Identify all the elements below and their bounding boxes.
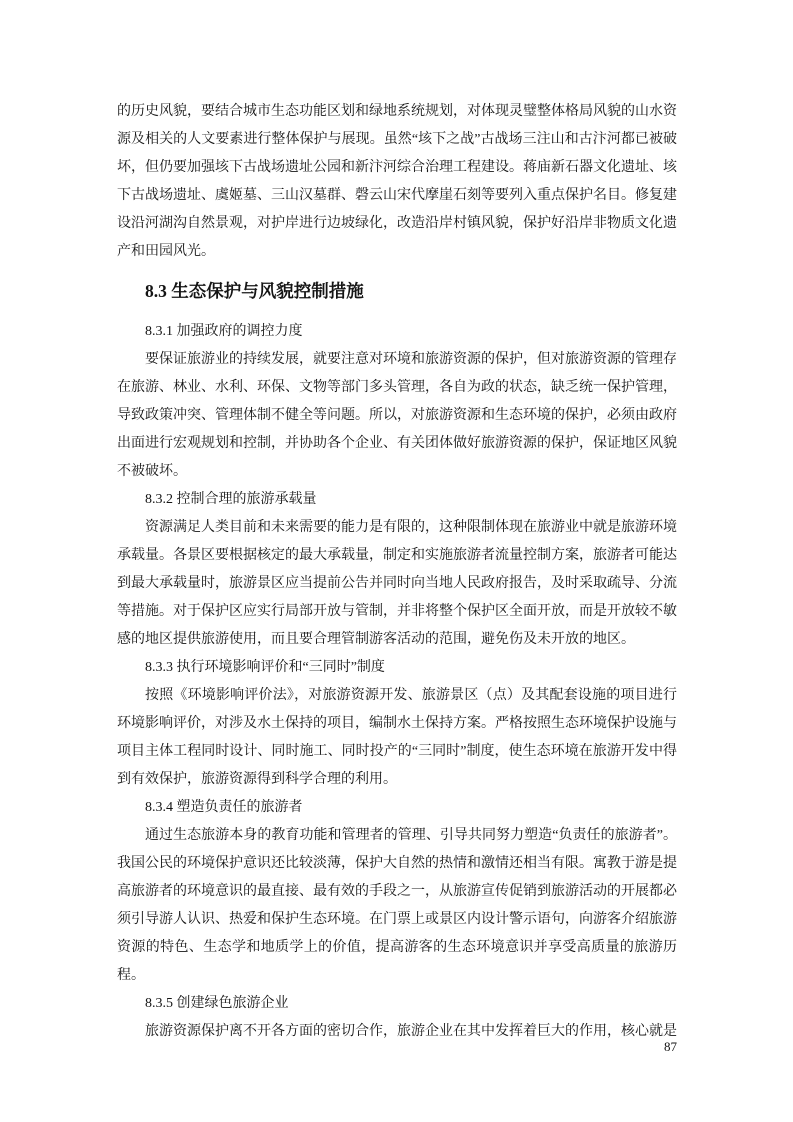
subsection-body-8-3-1: 要保证旅游业的持续发展，就要注意对环境和旅游资源的保护，但对旅游资源的管理存在旅… (117, 346, 677, 486)
continuation-paragraph: 的历史风貌，要结合城市生态功能区划和绿地系统规划，对体现灵璧整体格局风貌的山水资… (117, 98, 677, 266)
subsection-heading-8-3-2: 8.3.2 控制合理的旅游承载量 (117, 486, 677, 514)
section-heading-8-3: 8.3 生态保护与风貌控制措施 (117, 276, 677, 306)
page-number: 87 (664, 1039, 677, 1054)
subsection-heading-8-3-5: 8.3.5 创建绿色旅游企业 (117, 990, 677, 1018)
page-content: 的历史风貌，要结合城市生态功能区划和绿地系统规划，对体现灵璧整体格局风貌的山水资… (117, 98, 677, 1046)
subsection-heading-8-3-3: 8.3.3 执行环境影响评价和“三同时”制度 (117, 654, 677, 682)
subsection-body-8-3-4: 通过生态旅游本身的教育功能和管理者的管理、引导共同努力塑造“负责任的旅游者”。我… (117, 822, 677, 990)
document-page: 的历史风貌，要结合城市生态功能区划和绿地系统规划，对体现灵璧整体格局风貌的山水资… (0, 0, 793, 1122)
subsection-heading-8-3-1: 8.3.1 加强政府的调控力度 (117, 318, 677, 346)
subsection-heading-8-3-4: 8.3.4 塑造负责任的旅游者 (117, 794, 677, 822)
page-footer: 87 (117, 1038, 677, 1056)
subsection-body-8-3-3: 按照《环境影响评价法》，对旅游资源开发、旅游景区（点）及其配套设施的项目进行环境… (117, 682, 677, 794)
subsection-body-8-3-2: 资源满足人类目前和未来需要的能力是有限的，这种限制体现在旅游业中就是旅游环境承载… (117, 514, 677, 654)
